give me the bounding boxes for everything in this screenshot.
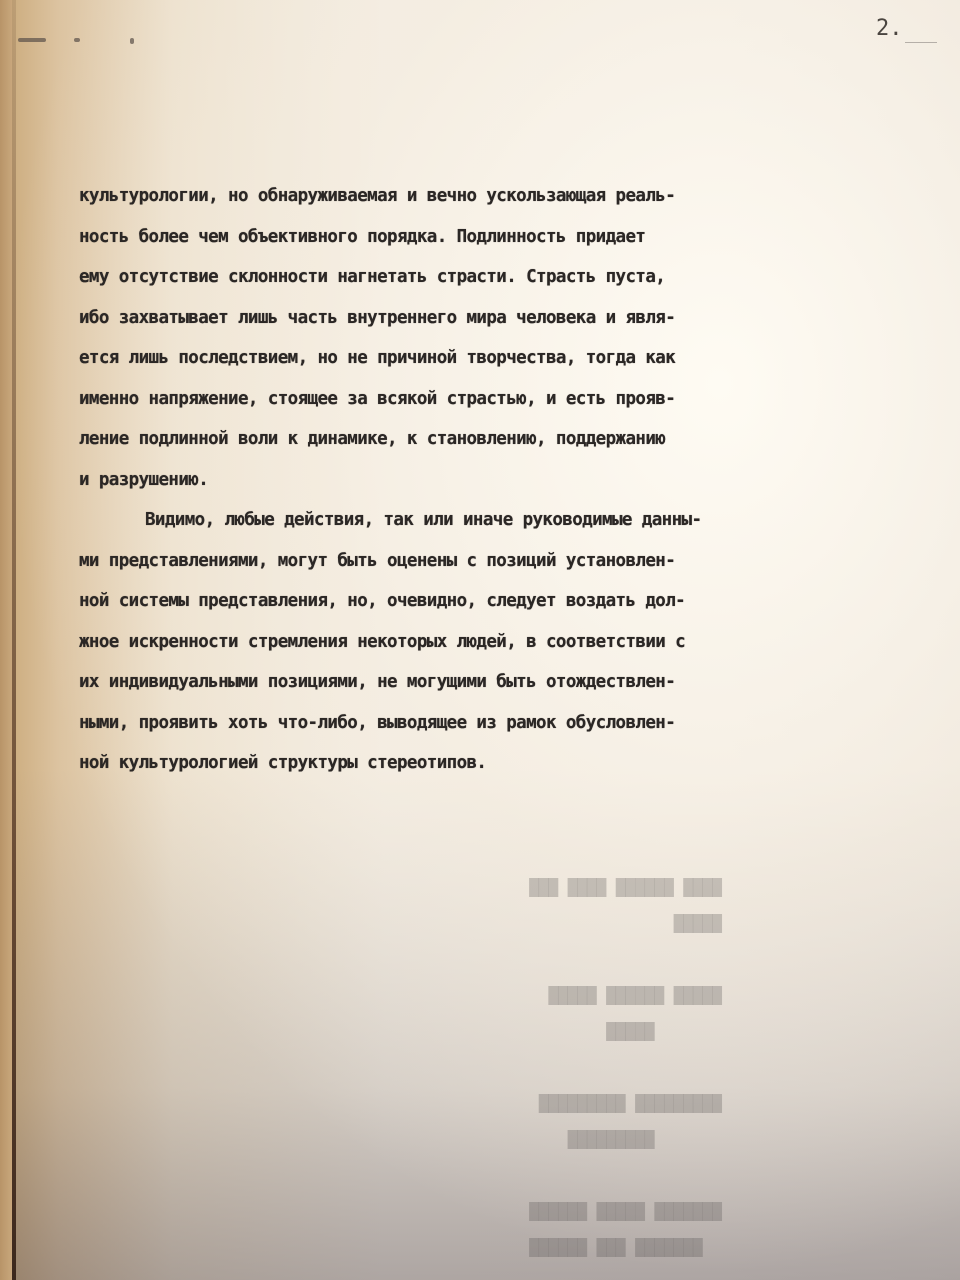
page-edge-shadow: [12, 0, 16, 1280]
text-line: Видимо, любые действия, так или иначе ру…: [79, 504, 879, 545]
top-margin-marks: [18, 38, 138, 44]
text-line: ной системы представления, но, очевидно,…: [79, 585, 879, 626]
paragraph-1: культурологии, но обнаруживаемая и вечно…: [79, 180, 879, 504]
text-line: ление подлинной воли к динамике, к стано…: [79, 423, 879, 464]
binding-strip: [0, 0, 12, 1280]
paragraph-2: Видимо, любые действия, так или иначе ру…: [79, 504, 879, 788]
text-line: ными, проявить хоть что-либо, выводящее …: [79, 707, 879, 748]
text-line: их индивидуальными позициями, не могущим…: [79, 666, 879, 707]
document-page: 2. культурологии, но обнаруживаемая и ве…: [0, 0, 960, 1280]
text-line: ми представлениями, могут быть оценены с…: [79, 545, 879, 586]
text-line: ется лишь последствием, но не причиной т…: [79, 342, 879, 383]
page-number-underline: [905, 42, 937, 43]
text-line: ной культурологией структуры стереотипов…: [79, 747, 879, 788]
text-line: ность более чем объективного порядка. По…: [79, 221, 879, 262]
bleed-through-shadow: ████ ██████ ████ ███ █████ █████ ██████ …: [352, 870, 722, 1266]
text-line: и разрушению.: [79, 464, 879, 505]
text-line: жное искренности стремления некоторых лю…: [79, 626, 879, 667]
text-line: культурологии, но обнаруживаемая и вечно…: [79, 180, 879, 221]
page-number: 2.: [876, 16, 903, 41]
text-line: ему отсутствие склонности нагнетать стра…: [79, 261, 879, 302]
typewritten-body: культурологии, но обнаруживаемая и вечно…: [79, 180, 879, 788]
text-line: ибо захватывает лишь часть внутреннего м…: [79, 302, 879, 343]
text-line: именно напряжение, стоящее за всякой стр…: [79, 383, 879, 424]
